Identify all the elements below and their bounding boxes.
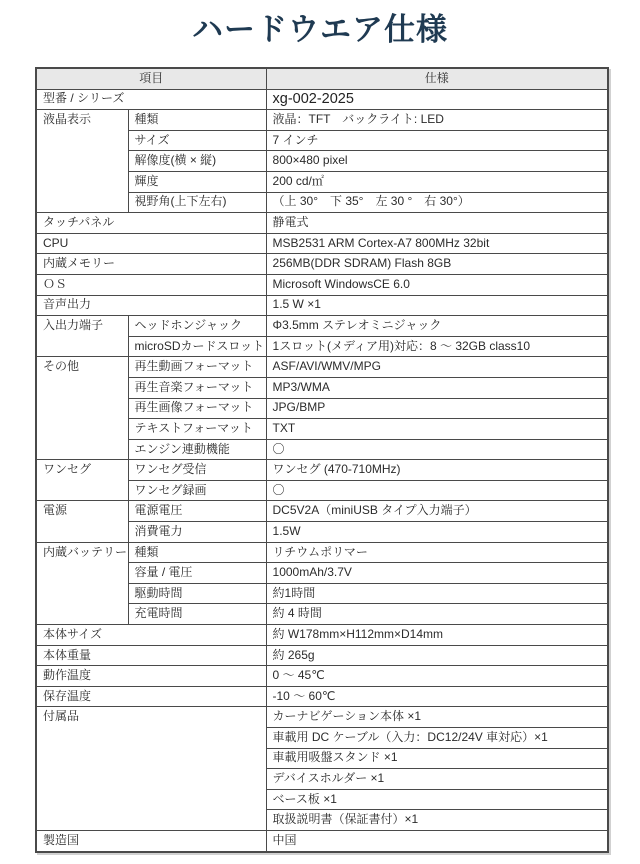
spec-cell: TXT [266,419,608,440]
spec-sheet-page: ハードウエア仕様 項目 仕様 型番 / シリーズxg-002-2025液晶表示種… [0,0,640,864]
item-cell: ワンセグ録画 [128,480,266,501]
table-row: 製造国中国 [36,830,608,851]
group-cell: 付属品 [36,707,266,831]
item-cell: 動作温度 [36,666,266,687]
group-cell: その他 [36,357,128,460]
item-cell: 本体サイズ [36,625,266,646]
spec-cell: （上 30° 下 35° 左 30 ° 右 30°） [266,192,608,213]
spec-cell: 〇 [266,480,608,501]
group-cell: 液晶表示 [36,110,128,213]
table-row: 内蔵バッテリー種類リチウムポリマー [36,542,608,563]
item-cell: 音声出力 [36,295,266,316]
spec-cell: 200 cd/㎡ [266,171,608,192]
item-cell: 駆動時間 [128,583,266,604]
table-row: その他再生動画フォーマットASF/AVI/WMV/MPG [36,357,608,378]
spec-cell: 〇 [266,439,608,460]
item-cell: 保存温度 [36,686,266,707]
item-cell: 種類 [128,542,266,563]
item-cell: テキストフォーマット [128,419,266,440]
spec-cell: 約 W178mm×H112mm×D14mm [266,625,608,646]
spec-cell: 約 265g [266,645,608,666]
item-cell: 充電時間 [128,604,266,625]
item-cell: 再生画像フォーマット [128,398,266,419]
item-cell: 視野角(上下左右) [128,192,266,213]
spec-cell: 静電式 [266,213,608,234]
page-title: ハードウエア仕様 [0,4,640,49]
spec-cell: 約 4 時間 [266,604,608,625]
spec-cell: リチウムポリマー [266,542,608,563]
table-row: CPUMSB2531 ARM Cortex-A7 800MHz 32bit [36,233,608,254]
group-cell: 入出力端子 [36,316,128,357]
item-cell: タッチパネル [36,213,266,234]
table-row: 液晶表示種類液晶：TFT バックライト: LED [36,110,608,131]
item-cell: ヘッドホンジャック [128,316,266,337]
spec-cell: 256MB(DDR SDRAM) Flash 8GB [266,254,608,275]
item-cell: サイズ [128,130,266,151]
table-row: ＯＳMicrosoft WindowsCE 6.0 [36,274,608,295]
spec-cell: 車載用吸盤スタンド ×1 [266,748,608,769]
spec-cell: 液晶：TFT バックライト: LED [266,110,608,131]
spec-cell: 1.5 W ×1 [266,295,608,316]
item-cell: 型番 / シリーズ [36,89,266,110]
spec-cell: カーナビゲーション本体 ×1 [266,707,608,728]
item-cell: ワンセグ受信 [128,460,266,481]
spec-cell: 車載用 DC ケーブル（入力：DC12/24V 車対応）×1 [266,728,608,749]
group-cell: ワンセグ [36,460,128,501]
table-body: 型番 / シリーズxg-002-2025液晶表示種類液晶：TFT バックライト:… [36,89,608,851]
table-row: 動作温度0 ～ 45℃ [36,666,608,687]
table-row: ワンセグワンセグ受信ワンセグ (470-710MHz) [36,460,608,481]
item-cell: 輝度 [128,171,266,192]
item-cell: 電源電圧 [128,501,266,522]
item-cell: 再生動画フォーマット [128,357,266,378]
spec-cell: MSB2531 ARM Cortex-A7 800MHz 32bit [266,233,608,254]
table-row: 付属品カーナビゲーション本体 ×1 [36,707,608,728]
spec-cell: ASF/AVI/WMV/MPG [266,357,608,378]
item-cell: microSDカードスロット [128,336,266,357]
table-row: 電源電源電圧DC5V2A（miniUSB タイプ入力端子） [36,501,608,522]
table-row: 保存温度-10 ～ 60℃ [36,686,608,707]
spec-cell: Microsoft WindowsCE 6.0 [266,274,608,295]
item-cell: 再生音楽フォーマット [128,377,266,398]
spec-cell: デバイスホルダー ×1 [266,769,608,790]
spec-cell: ベース板 ×1 [266,789,608,810]
item-cell: CPU [36,233,266,254]
table-row: 内蔵メモリー256MB(DDR SDRAM) Flash 8GB [36,254,608,275]
spec-cell: 中国 [266,830,608,851]
item-cell: 内蔵メモリー [36,254,266,275]
item-cell: エンジン連動機能 [128,439,266,460]
table-row: タッチパネル静電式 [36,213,608,234]
table-row: 音声出力1.5 W ×1 [36,295,608,316]
group-cell: 内蔵バッテリー [36,542,128,624]
spec-cell: JPG/BMP [266,398,608,419]
spec-cell: 1スロット(メディア用)対応：8 ～ 32GB class10 [266,336,608,357]
spec-cell: 約1時間 [266,583,608,604]
spec-cell: Φ3.5mm ステレオミニジャック [266,316,608,337]
item-cell: 製造国 [36,830,266,851]
table-row: 本体サイズ約 W178mm×H112mm×D14mm [36,625,608,646]
spec-cell: 0 ～ 45℃ [266,666,608,687]
group-cell: 電源 [36,501,128,542]
table-row: 入出力端子ヘッドホンジャックΦ3.5mm ステレオミニジャック [36,316,608,337]
spec-cell: 7 インチ [266,130,608,151]
spec-cell: 取扱説明書（保証書付）×1 [266,810,608,831]
column-header-item: 項目 [36,68,266,89]
hardware-spec-table: 項目 仕様 型番 / シリーズxg-002-2025液晶表示種類液晶：TFT バ… [35,67,609,853]
item-cell: 解像度(横 × 縦) [128,151,266,172]
item-cell: 本体重量 [36,645,266,666]
spec-cell: xg-002-2025 [266,89,608,110]
spec-cell: 1000mAh/3.7V [266,563,608,584]
spec-cell: ワンセグ (470-710MHz) [266,460,608,481]
table-row: 型番 / シリーズxg-002-2025 [36,89,608,110]
spec-cell: 1.5W [266,522,608,543]
spec-cell: MP3/WMA [266,377,608,398]
spec-cell: DC5V2A（miniUSB タイプ入力端子） [266,501,608,522]
spec-cell: 800×480 pixel [266,151,608,172]
item-cell: 消費電力 [128,522,266,543]
item-cell: 種類 [128,110,266,131]
column-header-spec: 仕様 [266,68,608,89]
item-cell: 容量 / 電圧 [128,563,266,584]
table-row: 本体重量約 265g [36,645,608,666]
item-cell: ＯＳ [36,274,266,295]
table-header-row: 項目 仕様 [36,68,608,89]
spec-cell: -10 ～ 60℃ [266,686,608,707]
